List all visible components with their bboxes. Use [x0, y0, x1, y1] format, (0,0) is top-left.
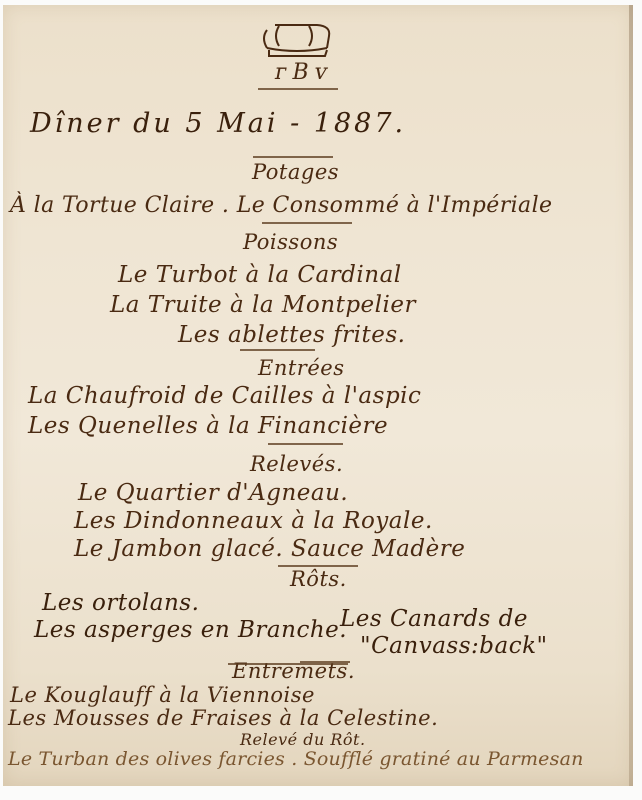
- menu-item: Les Mousses de Fraises à la Celestine.: [8, 706, 438, 730]
- crown-icon: [257, 20, 337, 60]
- menu-item: Le Kouglauff à la Viennoise: [10, 683, 315, 707]
- scanned-page: ᴦBᴠ Dîner du 5 Mai - 1887. Potages À la …: [0, 0, 642, 800]
- menu-item: Les Dindonneaux à la Royale.: [74, 508, 433, 534]
- menu-item: La Chaufroid de Cailles à l'aspic: [28, 383, 421, 409]
- item-underline: [262, 222, 352, 224]
- menu-item: La Truite à la Montpelier: [110, 292, 416, 318]
- section-heading-releves: Relevés.: [250, 452, 343, 476]
- menu-item: À la Tortue Claire . Le Consommé à l'Imp…: [10, 193, 552, 218]
- section-heading-rots: Rôts.: [290, 567, 347, 591]
- section-heading-entrees: Entrées: [258, 356, 344, 380]
- menu-item: Le Jambon glacé. Sauce Madère: [74, 536, 465, 562]
- menu-item: Les Quenelles à la Financière: [28, 413, 388, 439]
- menu-item: Les ortolans.: [42, 590, 199, 616]
- section-heading-poissons: Poissons: [243, 230, 338, 254]
- section-heading-releve-du-rot: Relevé du Rôt.: [240, 730, 366, 749]
- title-underline: [253, 156, 333, 158]
- section-heading-potages: Potages: [252, 160, 339, 184]
- item-underline: [268, 443, 343, 445]
- menu-item: "Canvass:back": [360, 633, 548, 659]
- menu-item: Le Turbot à la Cardinal: [118, 262, 402, 288]
- menu-item: Les Canards de: [340, 606, 528, 632]
- menu-item: Le Turban des olives farcies . Soufflé g…: [8, 748, 584, 770]
- menu-item: Le Quartier d'Agneau.: [78, 480, 348, 506]
- menu-title: Dîner du 5 Mai - 1887.: [30, 108, 406, 139]
- menu-item: Les ablettes frites.: [178, 322, 405, 348]
- monogram-underline: [258, 88, 338, 90]
- item-underline: [240, 349, 315, 351]
- menu-item: Les asperges en Branche.: [34, 617, 347, 643]
- heading-rule: [228, 663, 348, 665]
- monogram: ᴦBᴠ: [254, 60, 354, 85]
